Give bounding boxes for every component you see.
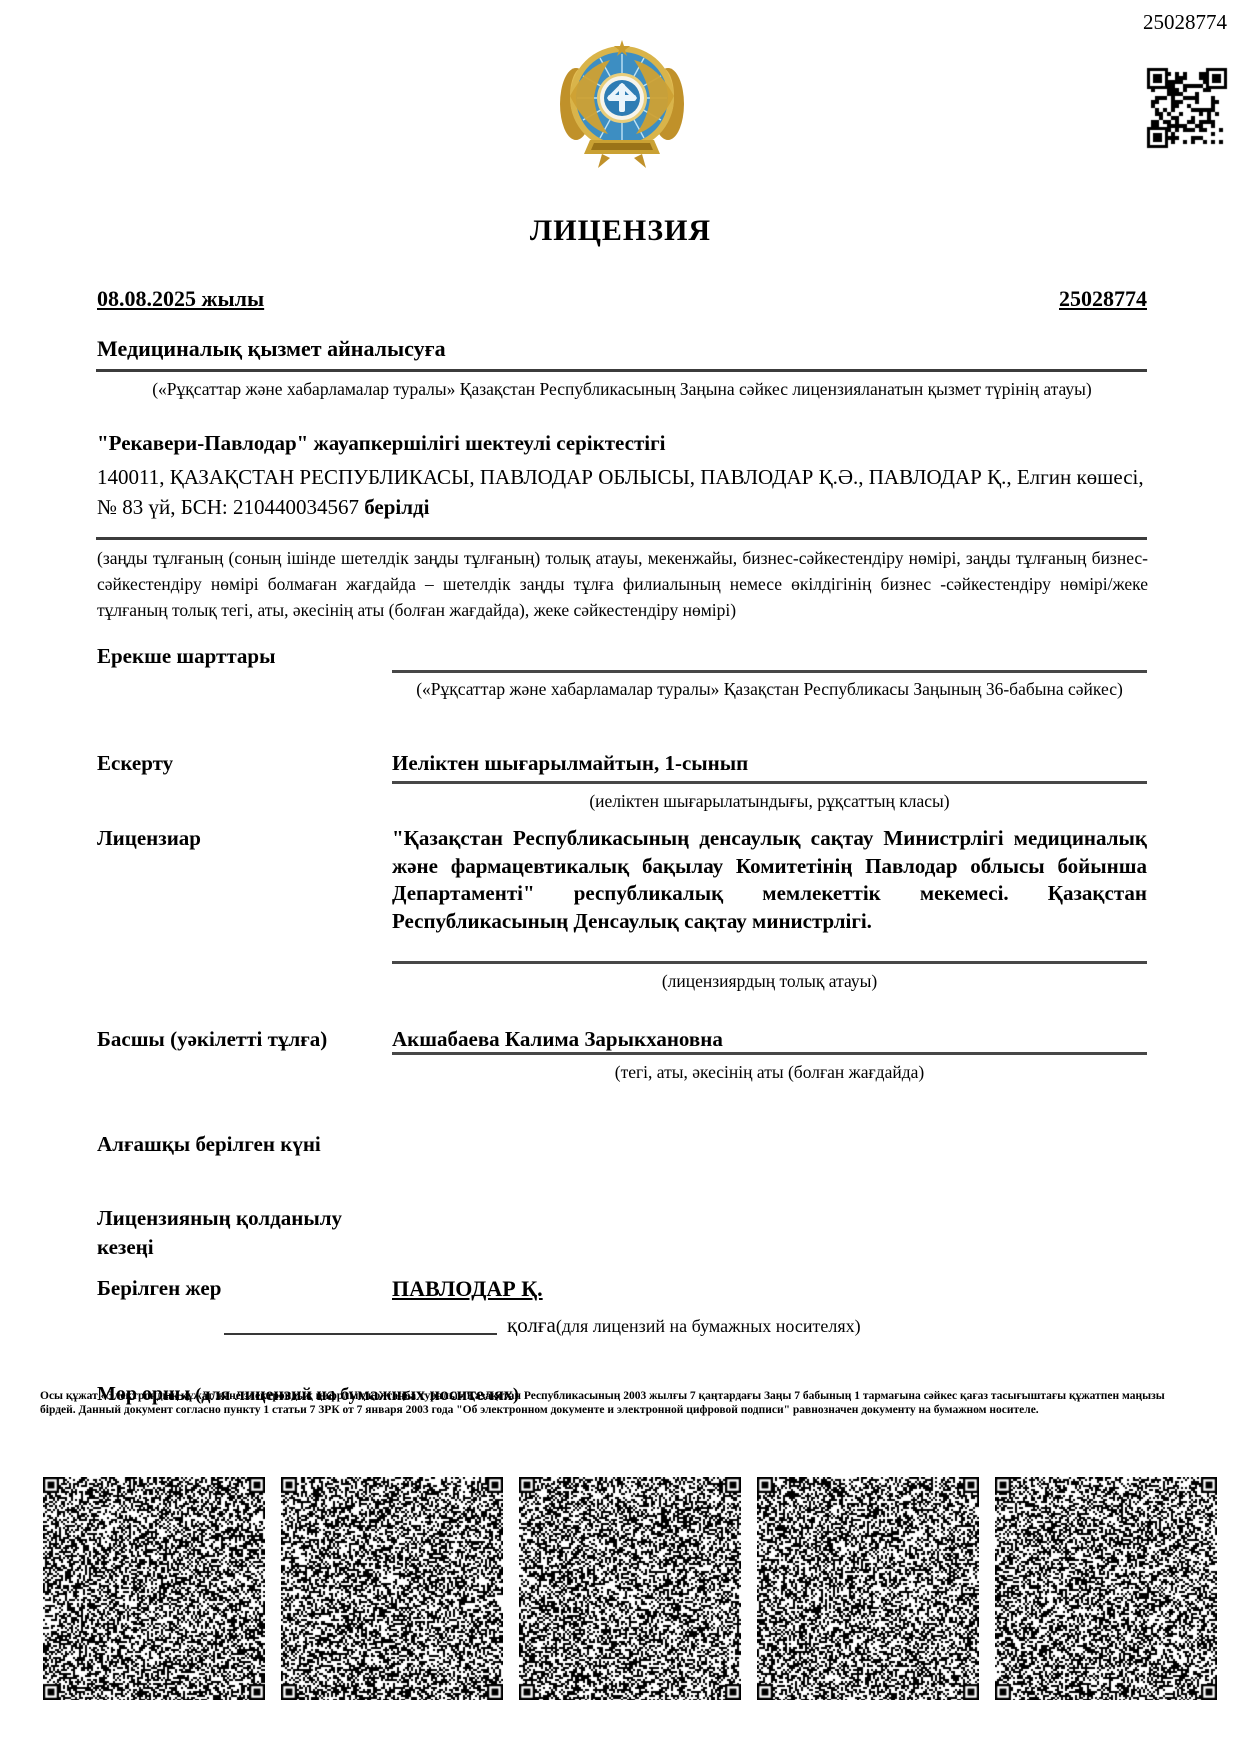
license-number: 25028774	[1059, 286, 1147, 312]
stamp-label-text: Мөр орны	[97, 1383, 195, 1405]
licensor-caption: (лицензиярдың толық атауы)	[392, 969, 1147, 995]
digital-signature-barcode	[757, 1477, 979, 1700]
signature-line	[224, 1333, 497, 1335]
field-underline	[392, 961, 1147, 964]
digital-signature-barcode-strip	[43, 1477, 1217, 1700]
divider-line	[96, 369, 1147, 372]
licensee-address: 140011, ҚАЗАҚСТАН РЕСПУБЛИКАСЫ, ПАВЛОДАР…	[97, 462, 1154, 522]
kazakhstan-emblem-icon	[556, 36, 688, 170]
field-underline	[392, 1052, 1147, 1055]
note-caption: (иеліктен шығарылатындығы, рұқсаттың кла…	[392, 789, 1147, 815]
field-underline	[392, 781, 1147, 784]
signature-paper-note: (для лицензий на бумажных носителях)	[556, 1316, 861, 1336]
document-title: ЛИЦЕНЗИЯ	[0, 214, 1241, 248]
head-person-label: Басшы (уәкілетті тұлға)	[97, 1027, 327, 1052]
digital-signature-barcode	[43, 1477, 265, 1700]
license-document-page: 25028774 ЛИЦЕНЗИ	[0, 0, 1241, 1754]
note-label: Ескерту	[97, 751, 173, 776]
stamp-place-label: Мөр орны (для лицензий на бумажных носит…	[97, 1383, 519, 1406]
special-conditions-label: Ерекше шарттары	[97, 644, 276, 669]
digital-signature-barcode	[281, 1477, 503, 1700]
licensee-name: "Рекавери-Павлодар" жауапкершілігі шекте…	[97, 431, 665, 456]
digital-signature-barcode	[995, 1477, 1217, 1700]
licensee-caption: (заңды тұлғаның (соның ішінде шетелдік з…	[97, 545, 1148, 623]
special-conditions-caption: («Рұқсаттар және хабарламалар туралы» Қа…	[392, 677, 1147, 703]
first-issue-label: Алғашқы берілген күні	[97, 1132, 321, 1157]
licensee-address-text: 140011, ҚАЗАҚСТАН РЕСПУБЛИКАСЫ, ПАВЛОДАР…	[97, 465, 1144, 519]
field-underline	[392, 670, 1147, 673]
licensee-address-suffix: берілді	[364, 495, 429, 519]
signature-note: қолға(для лицензий на бумажных носителях…	[507, 1313, 861, 1338]
validity-label: Лицензияның қолданылу кезеңі	[97, 1204, 352, 1262]
divider-line	[96, 537, 1147, 540]
activity-heading: Медициналық қызмет айналысуға	[97, 336, 446, 362]
document-number-top: 25028774	[1143, 10, 1227, 35]
place-value: ПАВЛОДАР Қ.	[392, 1276, 543, 1302]
head-person-caption: (тегі, аты, әкесінің аты (болған жағдайд…	[392, 1060, 1147, 1086]
stamp-paper-note: (для лицензий на бумажных носителях)	[195, 1384, 519, 1404]
note-value: Иеліктен шығарылмайтын, 1-сынып	[392, 751, 748, 776]
qr-code	[1143, 64, 1231, 152]
head-person-value: Акшабаева Калима Зарыкхановна	[392, 1027, 723, 1052]
licensor-value: "Қазақстан Республикасының денсаулық сақ…	[392, 825, 1147, 935]
signature-kolga: қолға	[507, 1313, 556, 1337]
licensor-label: Лицензиар	[97, 826, 201, 851]
place-label: Берілген жер	[97, 1276, 221, 1301]
issue-date: 08.08.2025 жылы	[97, 286, 264, 312]
activity-caption: («Рұқсаттар және хабарламалар туралы» Қа…	[97, 377, 1147, 403]
digital-signature-barcode	[519, 1477, 741, 1700]
